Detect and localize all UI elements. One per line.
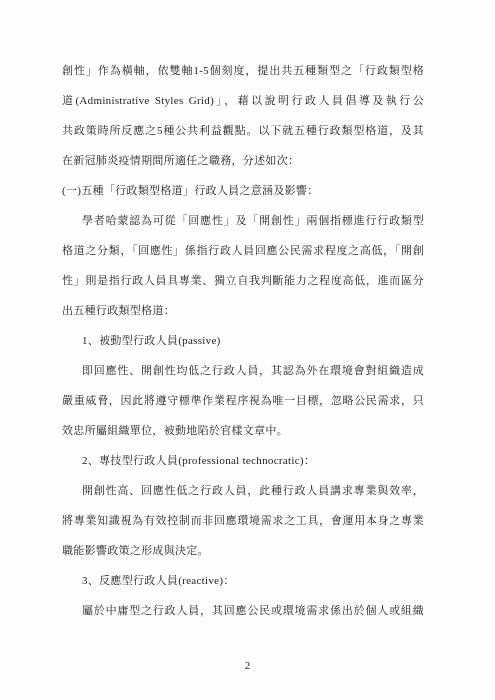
- text-line: 共政策時所反應之5種公共利益觀點。以下就五種行政類型格道，及其: [62, 116, 424, 146]
- text-line: 2、專技型行政人員(professional technocratic)：: [62, 446, 424, 476]
- page-number: 2: [0, 660, 495, 672]
- text-line: 屬於中庸型之行政人員，其回應公民或環境需求係出於個人或組織: [62, 596, 424, 626]
- text-line: 性」則是指行政人員具專業、獨立自我判斷能力之程度高低，進而區分: [62, 266, 424, 296]
- text-line: 創性」作為橫軸，依雙軸1-5個刻度，提出共五種類型之「行政類型格: [62, 56, 424, 86]
- text-line: 格道之分類，「回應性」係指行政人員回應公民需求程度之高低，「開創: [62, 236, 424, 266]
- text-line: 將專業知識視為有效控制而非回應環境需求之工具，會運用本身之專業: [62, 506, 424, 536]
- text-line: 開創性高、回應性低之行政人員，此種行政人員講求專業與效率，: [62, 476, 424, 506]
- text-line: 道(Administrative Styles Grid)」，藉以說明行政人員倡…: [62, 86, 424, 116]
- text-line: 職能影響政策之形成與決定。: [62, 536, 424, 566]
- text-line: 1、被動型行政人員(passive): [62, 326, 424, 356]
- text-line: 3、反應型行政人員(reactive)：: [62, 566, 424, 596]
- text-line: 學者哈蒙認為可從「回應性」及「開創性」兩個指標進行行政類型: [62, 206, 424, 236]
- text-line: 效忠所屬組織單位，被動地陷於官樣文章中。: [62, 416, 424, 446]
- text-line: 出五種行政類型格道：: [62, 296, 424, 326]
- document-text: 創性」作為橫軸，依雙軸1-5個刻度，提出共五種類型之「行政類型格道(Admini…: [62, 56, 424, 626]
- document-page: 創性」作為橫軸，依雙軸1-5個刻度，提出共五種類型之「行政類型格道(Admini…: [0, 0, 495, 700]
- text-line: 在新冠肺炎疫情期間所適任之職務，分述如次：: [62, 146, 424, 176]
- text-line: 即回應性、開創性均低之行政人員，其認為外在環境會對組織造成: [62, 356, 424, 386]
- text-line: 嚴重威脅，因此將遵守標準作業程序視為唯一目標，忽略公民需求，只: [62, 386, 424, 416]
- text-line: (一)五種「行政類型格道」行政人員之意涵及影響：: [62, 176, 424, 206]
